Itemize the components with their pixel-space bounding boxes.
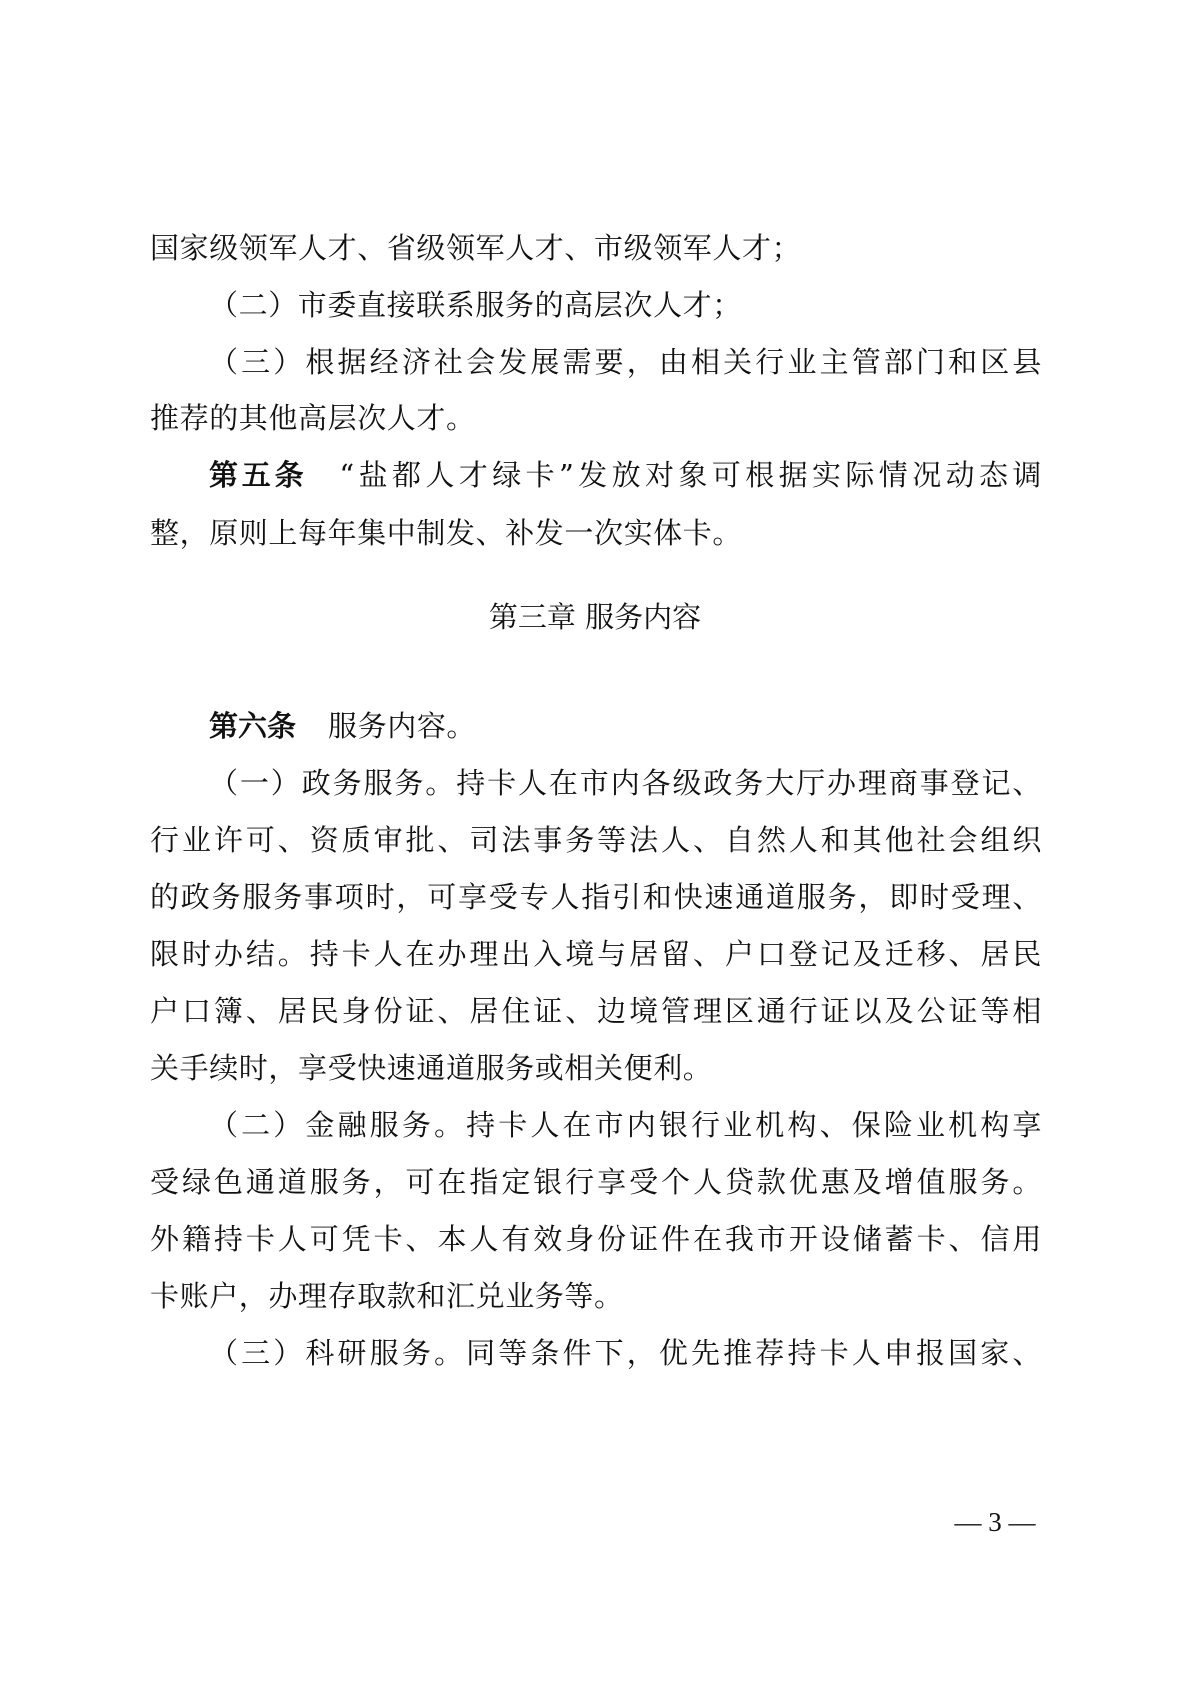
- text-line-leadership-talents: 国家级领军人才、省级领军人才、市级领军人才；: [150, 228, 1042, 268]
- article-6-title: 服务内容。: [328, 709, 476, 743]
- text-line: 行业许可、资质审批、司法事务等法人、自然人和其他社会组织: [150, 820, 1042, 860]
- article-5-paragraph: 第五条“盐都人才绿卡”发放对象可根据实际情况动态调: [209, 455, 1042, 495]
- text-line: 户口簿、居民身份证、居住证、边境管理区通行证以及公证等相: [150, 991, 1042, 1031]
- text-line: 关手续时，享受快速通道服务或相关便利。: [150, 1048, 1042, 1088]
- text-line: 卡账户，办理存取款和汇兑业务等。: [150, 1276, 1042, 1316]
- text-line: 的政务服务事项时，可享受专人指引和快速通道服务，即时受理、: [150, 877, 1042, 917]
- list-item-3: （三）根据经济社会发展需要，由相关行业主管部门和区县: [209, 342, 1042, 382]
- item-government-services: （一）政务服务。持卡人在市内各级政务大厅办理商事登记、: [209, 763, 1042, 803]
- page-number: — 3 —: [940, 1506, 1050, 1538]
- article-5-label: 第五条: [209, 458, 307, 492]
- list-item-2: （二）市委直接联系服务的高层次人才；: [209, 285, 1042, 325]
- document-page: 国家级领军人才、省级领军人才、市级领军人才； （二）市委直接联系服务的高层次人才…: [0, 0, 1190, 1682]
- item-financial-services: （二）金融服务。持卡人在市内银行业机构、保险业机构享: [209, 1105, 1042, 1145]
- text-line: 限时办结。持卡人在办理出入境与居留、户口登记及迁移、居民: [150, 934, 1042, 974]
- article-6-heading: 第六条服务内容。: [209, 706, 1042, 746]
- article-5-text: “盐都人才绿卡”发放对象可根据实际情况动态调: [339, 458, 1042, 492]
- article-5-continued: 整，原则上每年集中制发、补发一次实体卡。: [150, 513, 1042, 553]
- article-6-label: 第六条: [209, 709, 296, 743]
- text-line: 外籍持卡人可凭卡、本人有效身份证件在我市开设储蓄卡、信用: [150, 1219, 1042, 1259]
- text-line: 受绿色通道服务，可在指定银行享受个人贷款优惠及增值服务。: [150, 1162, 1042, 1202]
- chapter-heading: 第三章 服务内容: [0, 597, 1190, 637]
- item-research-services: （三）科研服务。同等条件下，优先推荐持卡人申报国家、: [209, 1333, 1042, 1373]
- list-item-3-continued: 推荐的其他高层次人才。: [150, 398, 1042, 438]
